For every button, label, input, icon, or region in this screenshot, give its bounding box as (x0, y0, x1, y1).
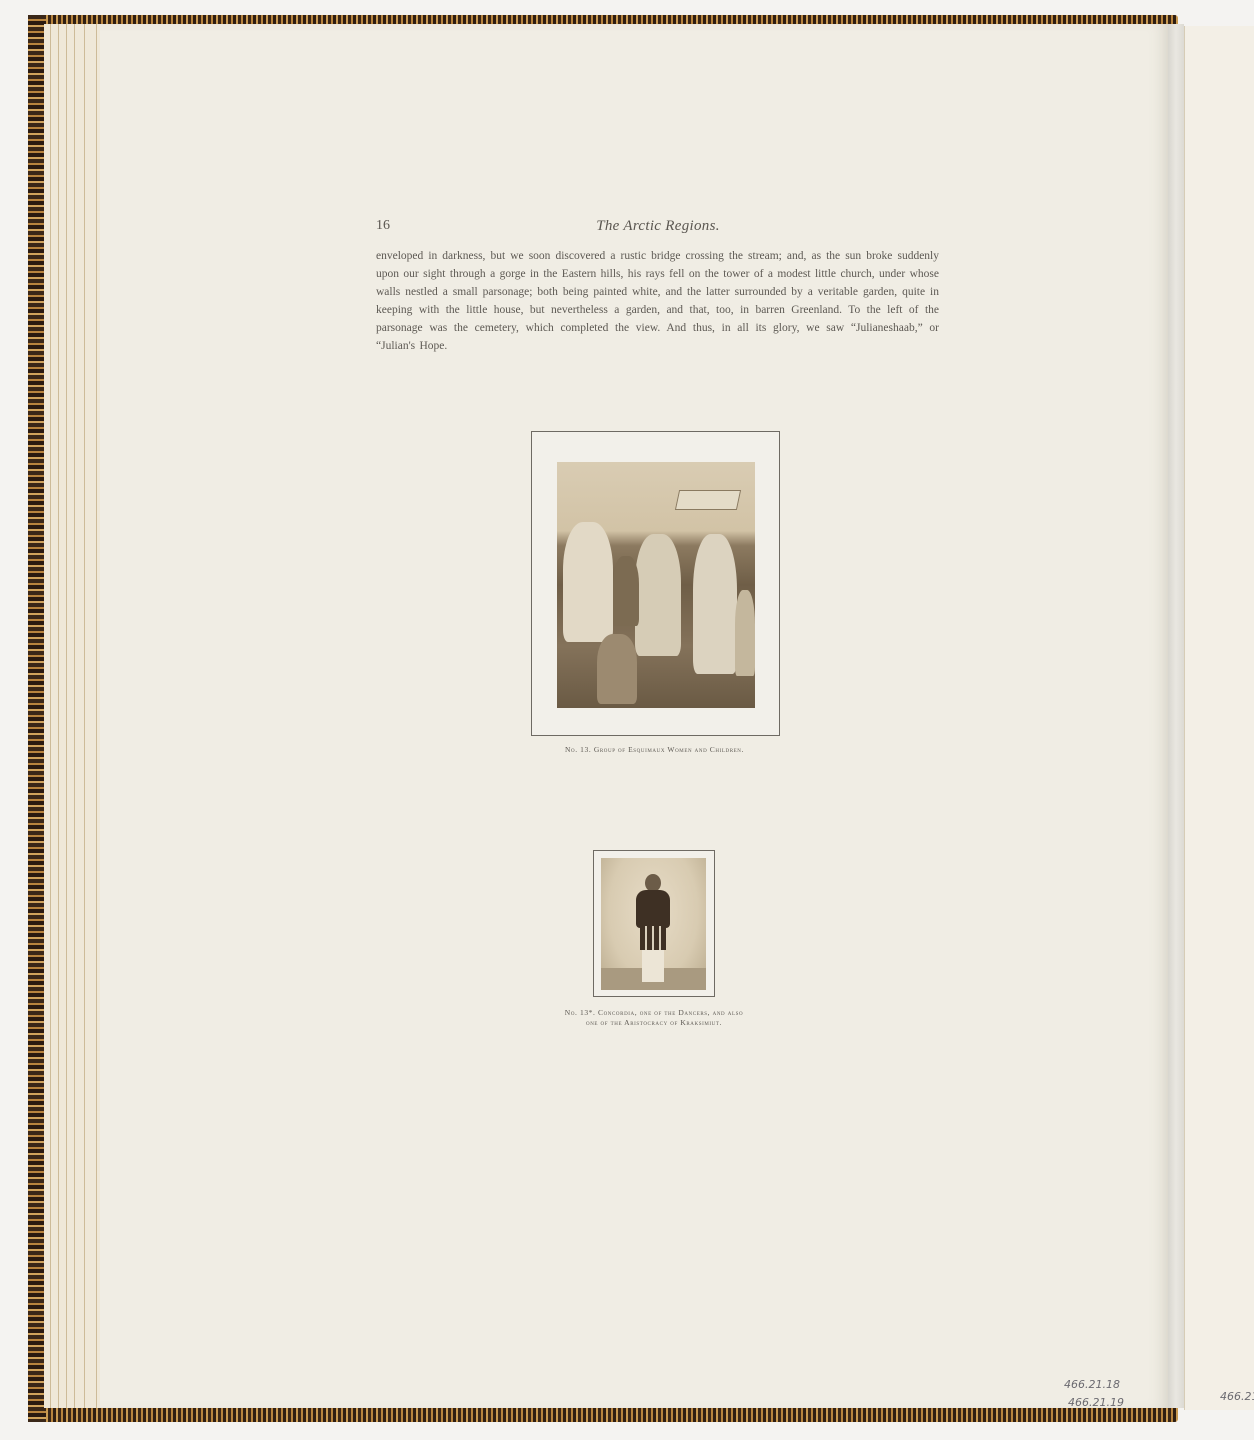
plate-caption-13a: No. 13*. Concordia, one of the Dancers, … (540, 1008, 768, 1028)
photo-plate-concordia (593, 850, 715, 997)
figure-trousers (640, 926, 666, 950)
accession-number-2: 466.21.19 (1068, 1396, 1124, 1409)
page-edges-stack (44, 24, 104, 1408)
book-title: The Arctic Regions. (376, 218, 940, 235)
photo-plate-group (531, 431, 780, 736)
facing-page (1184, 26, 1254, 1410)
accession-number-1: 466.21.18 (1064, 1378, 1120, 1391)
accession-number-facing: 466.21 (1220, 1390, 1254, 1403)
running-head: 16 The Arctic Regions. (376, 218, 940, 238)
photo-group-women-children (557, 462, 755, 708)
plate-caption-13: No. 13. Group of Esquimaux Women and Chi… (531, 745, 778, 754)
photo-concordia (601, 858, 706, 990)
figure-background (613, 556, 639, 626)
page-gutter (1168, 24, 1184, 1408)
figure-child-seated (597, 634, 637, 704)
body-paragraph: enveloped in darkness, but we soon disco… (376, 247, 939, 355)
figure-woman-right (693, 534, 737, 674)
figure-woman-left (563, 522, 613, 642)
figure-torso (636, 890, 670, 928)
figure-woman-center (635, 534, 681, 656)
figure-child-right (735, 590, 755, 676)
caption-line-2: one of the Aristocracy of Kraksimiut. (540, 1018, 768, 1028)
caption-line-1: No. 13*. Concordia, one of the Dancers, … (540, 1008, 768, 1018)
figure-boots (642, 950, 664, 982)
